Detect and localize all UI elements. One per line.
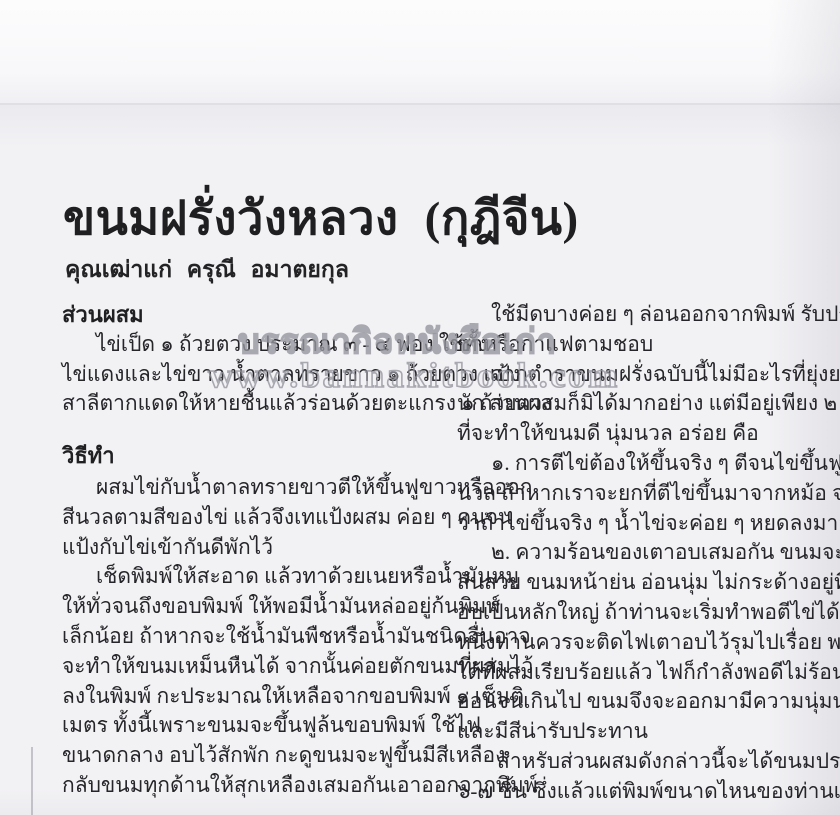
page-gutter-line bbox=[31, 747, 33, 815]
recipe-title: ขนมฝรั่งวังหลวง (กุฎีจีน) bbox=[63, 180, 579, 255]
method-heading: วิธีทำ bbox=[62, 441, 444, 471]
left-column: ส่วนผสม ไข่เป็ด ๑ ถ้วยตวง ประมาณ ๓ - ๔ ฟ… bbox=[62, 300, 444, 801]
ingredient-line: ไข่แดงและไข่ขาว น้ำตาลทรายขาว ๑ ถ้วยตวง … bbox=[62, 360, 444, 390]
scan-shadow-band bbox=[0, 105, 840, 147]
body-line: หนึ่งท่านควรจะติดไฟเตาอบไว้รุมไปเรื่อย พ… bbox=[457, 628, 840, 658]
body-line: ๒. ความร้อนของเตาอบเสมอกัน ขนมจะดูมีสี bbox=[457, 538, 840, 568]
right-column: ใช้มีดบางค่อย ๆ ล่อนออกจากพิมพ์ รับประทา… bbox=[457, 300, 840, 807]
body-line: ว่าถ้าไข่ขึ้นจริง ๆ น้ำไข่จะค่อย ๆ หยดลง… bbox=[457, 509, 840, 539]
text-columns: ส่วนผสม ไข่เป็ด ๑ ถ้วยตวง ประมาณ ๓ - ๔ ฟ… bbox=[62, 300, 840, 807]
method-line: ให้ทั่วจนถึงขอบพิมพ์ ให้พอมีน้ำมันหล่ออย… bbox=[62, 592, 444, 622]
method-line: เช็ดพิมพ์ให้สะอาด แล้วทาด้วยเนยหรือน้ำมั… bbox=[62, 562, 444, 592]
top-scan-highlight bbox=[0, 0, 840, 103]
ingredients-heading: ส่วนผสม bbox=[62, 300, 444, 330]
body-line: และมีสีน่ารับประทาน bbox=[457, 717, 840, 747]
body-line: จากตำราขนมฝรั่งฉบับนี้ไม่มีอะไรที่ยุ่งยา… bbox=[457, 360, 840, 390]
method-line: กลับขนมทุกด้านให้สุกเหลืองเสมอกันเอาออกจ… bbox=[62, 771, 444, 801]
body-line: นัก ส่วนผสมก็มิได้มากอย่าง แต่มีอยู่เพีย… bbox=[457, 389, 840, 419]
body-line: ได้ที่ผสมเรียบร้อยแล้ว ไฟก็กำลังพอดีไม่ร… bbox=[457, 658, 840, 688]
body-line: อบเป็นหลักใหญ่ ถ้าท่านจะเริ่มทำพอตีไข่ได… bbox=[457, 598, 840, 628]
recipe-author: คุณเฒ่าแก่ ครุณี อมาตยกุล bbox=[65, 252, 349, 288]
method-line: ผสมไข่กับน้ำตาลทรายขาวตีให้ขึ้นฟูขาวหรือ… bbox=[62, 473, 444, 503]
body-line: ชาหรือกาแฟตามชอบ bbox=[457, 330, 840, 360]
method-line: ลงในพิมพ์ กะประมาณให้เหลือจากขอบพิมพ์ ๑ … bbox=[62, 682, 444, 712]
body-line: ๖-๗ ชิ้น ซึ่งแล้วแต่พิมพ์ขนาดไหนของท่านเ… bbox=[457, 777, 840, 807]
ingredient-line: ไข่เป็ด ๑ ถ้วยตวง ประมาณ ๓ - ๔ ฟอง ใช้ทั… bbox=[62, 330, 444, 360]
method-line: เล็กน้อย ถ้าหากจะใช้น้ำมันพืชหรือน้ำมันช… bbox=[62, 622, 444, 652]
method-line: แป้งกับไข่เข้ากันดีพักไว้ bbox=[62, 533, 444, 563]
body-line: สันสวย ขนมหน้าย่น อ่อนนุ่ม ไม่กระด้างอยู… bbox=[457, 568, 840, 598]
ingredient-line: สาลีตากแดดให้หายชื้นแล้วร่อนด้วยตะแกรง ๑… bbox=[62, 389, 444, 419]
method-line: เมตร ทั้งนี้เพราะขนมจะขึ้นฟูล้นขอบพิมพ์ … bbox=[62, 711, 444, 741]
body-line: อ่อนจนเกินไป ขนมจึงจะออกมามีความนุ่มนวล … bbox=[457, 687, 840, 717]
method-line: ขนาดกลาง อบไว้สักพัก กะดูขนมจะฟูขึ้นมีสี… bbox=[62, 741, 444, 771]
body-line: นวล ถ้าหากเราจะยกที่ตีไข่ขึ้นมาจากหม้อ จ… bbox=[457, 479, 840, 509]
body-line: สำหรับส่วนผสมดังกล่าวนี้จะได้ขนมประมาณ bbox=[457, 747, 840, 777]
method-line: สีนวลตามสีของไข่ แล้วจึงเทแป้งผสม ค่อย ๆ… bbox=[62, 503, 444, 533]
scanned-cookbook-page: ขนมฝรั่งวังหลวง (กุฎีจีน) คุณเฒ่าแก่ ครุ… bbox=[0, 0, 840, 815]
body-line: ใช้มีดบางค่อย ๆ ล่อนออกจากพิมพ์ รับประทา… bbox=[457, 300, 840, 330]
method-line: จะทำให้ขนมเหม็นหืนได้ จากนั้นค่อยตักขนมท… bbox=[62, 652, 444, 682]
body-line: ๑. การตีไข่ต้องให้ขึ้นจริง ๆ ตีจนไข่ขึ้น… bbox=[457, 449, 840, 479]
body-line: ที่จะทำให้ขนมดี นุ่มนวล อร่อย คือ bbox=[457, 419, 840, 449]
